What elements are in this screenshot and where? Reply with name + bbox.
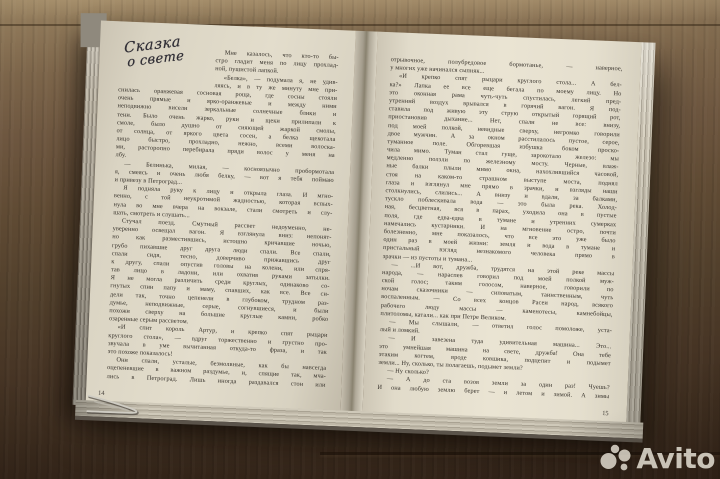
avito-watermark: Avito xyxy=(599,440,715,476)
avito-wordmark: Avito xyxy=(636,442,715,475)
open-book: Сказка о свете Мне казалось, что кто-то … xyxy=(73,20,656,427)
right-page-text: отрывочное, полубредовое бормотанье, — н… xyxy=(363,32,641,402)
table-highlight xyxy=(0,0,720,20)
photo-scene: Сказка о свете Мне казалось, что кто-то … xyxy=(0,0,720,479)
avito-logo-icon xyxy=(599,440,635,476)
right-page: отрывочное, полубредовое бормотанье, — н… xyxy=(362,32,641,427)
chapter-title: Сказка о свете xyxy=(116,42,210,87)
page-number-right: 15 xyxy=(602,410,609,417)
left-page-text: Сказка о свете Мне казалось, что кто-то … xyxy=(87,21,356,391)
left-page: Сказка о свете Мне казалось, что кто-то … xyxy=(86,21,356,416)
